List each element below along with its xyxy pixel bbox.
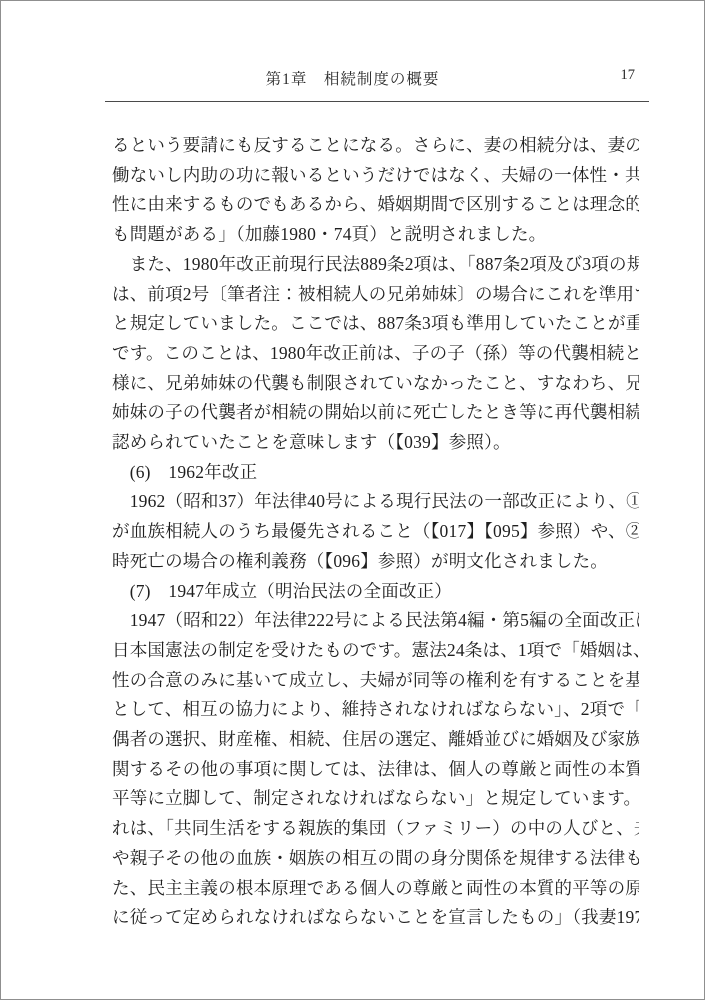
text-line: も問題がある」（加藤1980・74頁）と説明されました。 — [112, 220, 639, 250]
text-line: 平等に立脚して、制定されなければならない」と規定しています。こ — [112, 784, 639, 814]
text-line: 偶者の選択、財産権、相続、住居の選定、離婚並びに婚姻及び家族に — [112, 725, 639, 755]
text-line: は、前項2号〔筆者注：被相続人の兄弟姉妹〕の場合にこれを準用する」 — [112, 280, 639, 310]
text-line: 性の合意のみに基いて成立し、夫婦が同等の権利を有することを基本 — [112, 666, 639, 696]
text-line: 1947（昭和22）年法律222号による民法第4編・第5編の全面改正は、 — [112, 606, 639, 636]
text-line: るという要請にも反することになる。さらに、妻の相続分は、妻の労 — [112, 131, 639, 161]
body-text: るという要請にも反することになる。さらに、妻の相続分は、妻の労 働ないし内助の功… — [112, 131, 639, 933]
text-line: 日本国憲法の制定を受けたものです。憲法24条は、1項で「婚姻は、両 — [112, 636, 639, 666]
chapter-title: 第1章 相続制度の概要 — [1, 67, 704, 89]
text-line: 1962（昭和37）年法律40号による現行民法の一部改正により、①「子」 — [112, 487, 639, 517]
text-line: た、民主主義の根本原理である個人の尊厳と両性の本質的平等の原則 — [112, 874, 639, 904]
text-line: 時死亡の場合の権利義務（【096】参照）が明文化されました。 — [112, 547, 639, 577]
header-divider — [105, 101, 649, 102]
text-line: として、相互の協力により、維持されなければならない」、2項で「配 — [112, 695, 639, 725]
text-line: 働ないし内助の功に報いるというだけではなく、夫婦の一体性・共同 — [112, 161, 639, 191]
text-line: 姉妹の子の代襲者が相続の開始以前に死亡したとき等に再代襲相続が — [112, 398, 639, 428]
text-line: また、1980年改正前現行民法889条2項は、「887条2項及び3項の規定 — [112, 250, 639, 280]
text-line: 性に由来するものでもあるから、婚姻期間で区別することは理念的に — [112, 190, 639, 220]
text-line: が血族相続人のうち最優先されること（【017】【095】参照）や、②同 — [112, 517, 639, 547]
text-line: 関するその他の事項に関しては、法律は、個人の尊厳と両性の本質的 — [112, 755, 639, 785]
text-line: 認められていたことを意味します（【039】参照）。 — [112, 428, 639, 458]
text-line: れは、「共同生活をする親族的集団（ファミリー）の中の人びと、夫婦 — [112, 814, 639, 844]
text-line: や親子その他の血族・姻族の相互の間の身分関係を規律する法律もま — [112, 844, 639, 874]
text-line: です。このことは、1980年改正前は、子の子（孫）等の代襲相続と同 — [112, 339, 639, 369]
section-heading: (7) 1947年成立（明治民法の全面改正） — [112, 577, 639, 607]
running-header: 第1章 相続制度の概要 17 — [1, 67, 704, 91]
text-line: に従って定められなければならないことを宣言したもの」（我妻1974・ — [112, 903, 639, 933]
section-heading: (6) 1962年改正 — [112, 458, 639, 488]
book-page: 第1章 相続制度の概要 17 るという要請にも反することになる。さらに、妻の相続… — [0, 0, 705, 1000]
text-line: 様に、兄弟姉妹の代襲も制限されていなかったこと、すなわち、兄弟 — [112, 369, 639, 399]
text-line: と規定していました。ここでは、887条3項も準用していたことが重要 — [112, 309, 639, 339]
page-number: 17 — [621, 67, 636, 84]
